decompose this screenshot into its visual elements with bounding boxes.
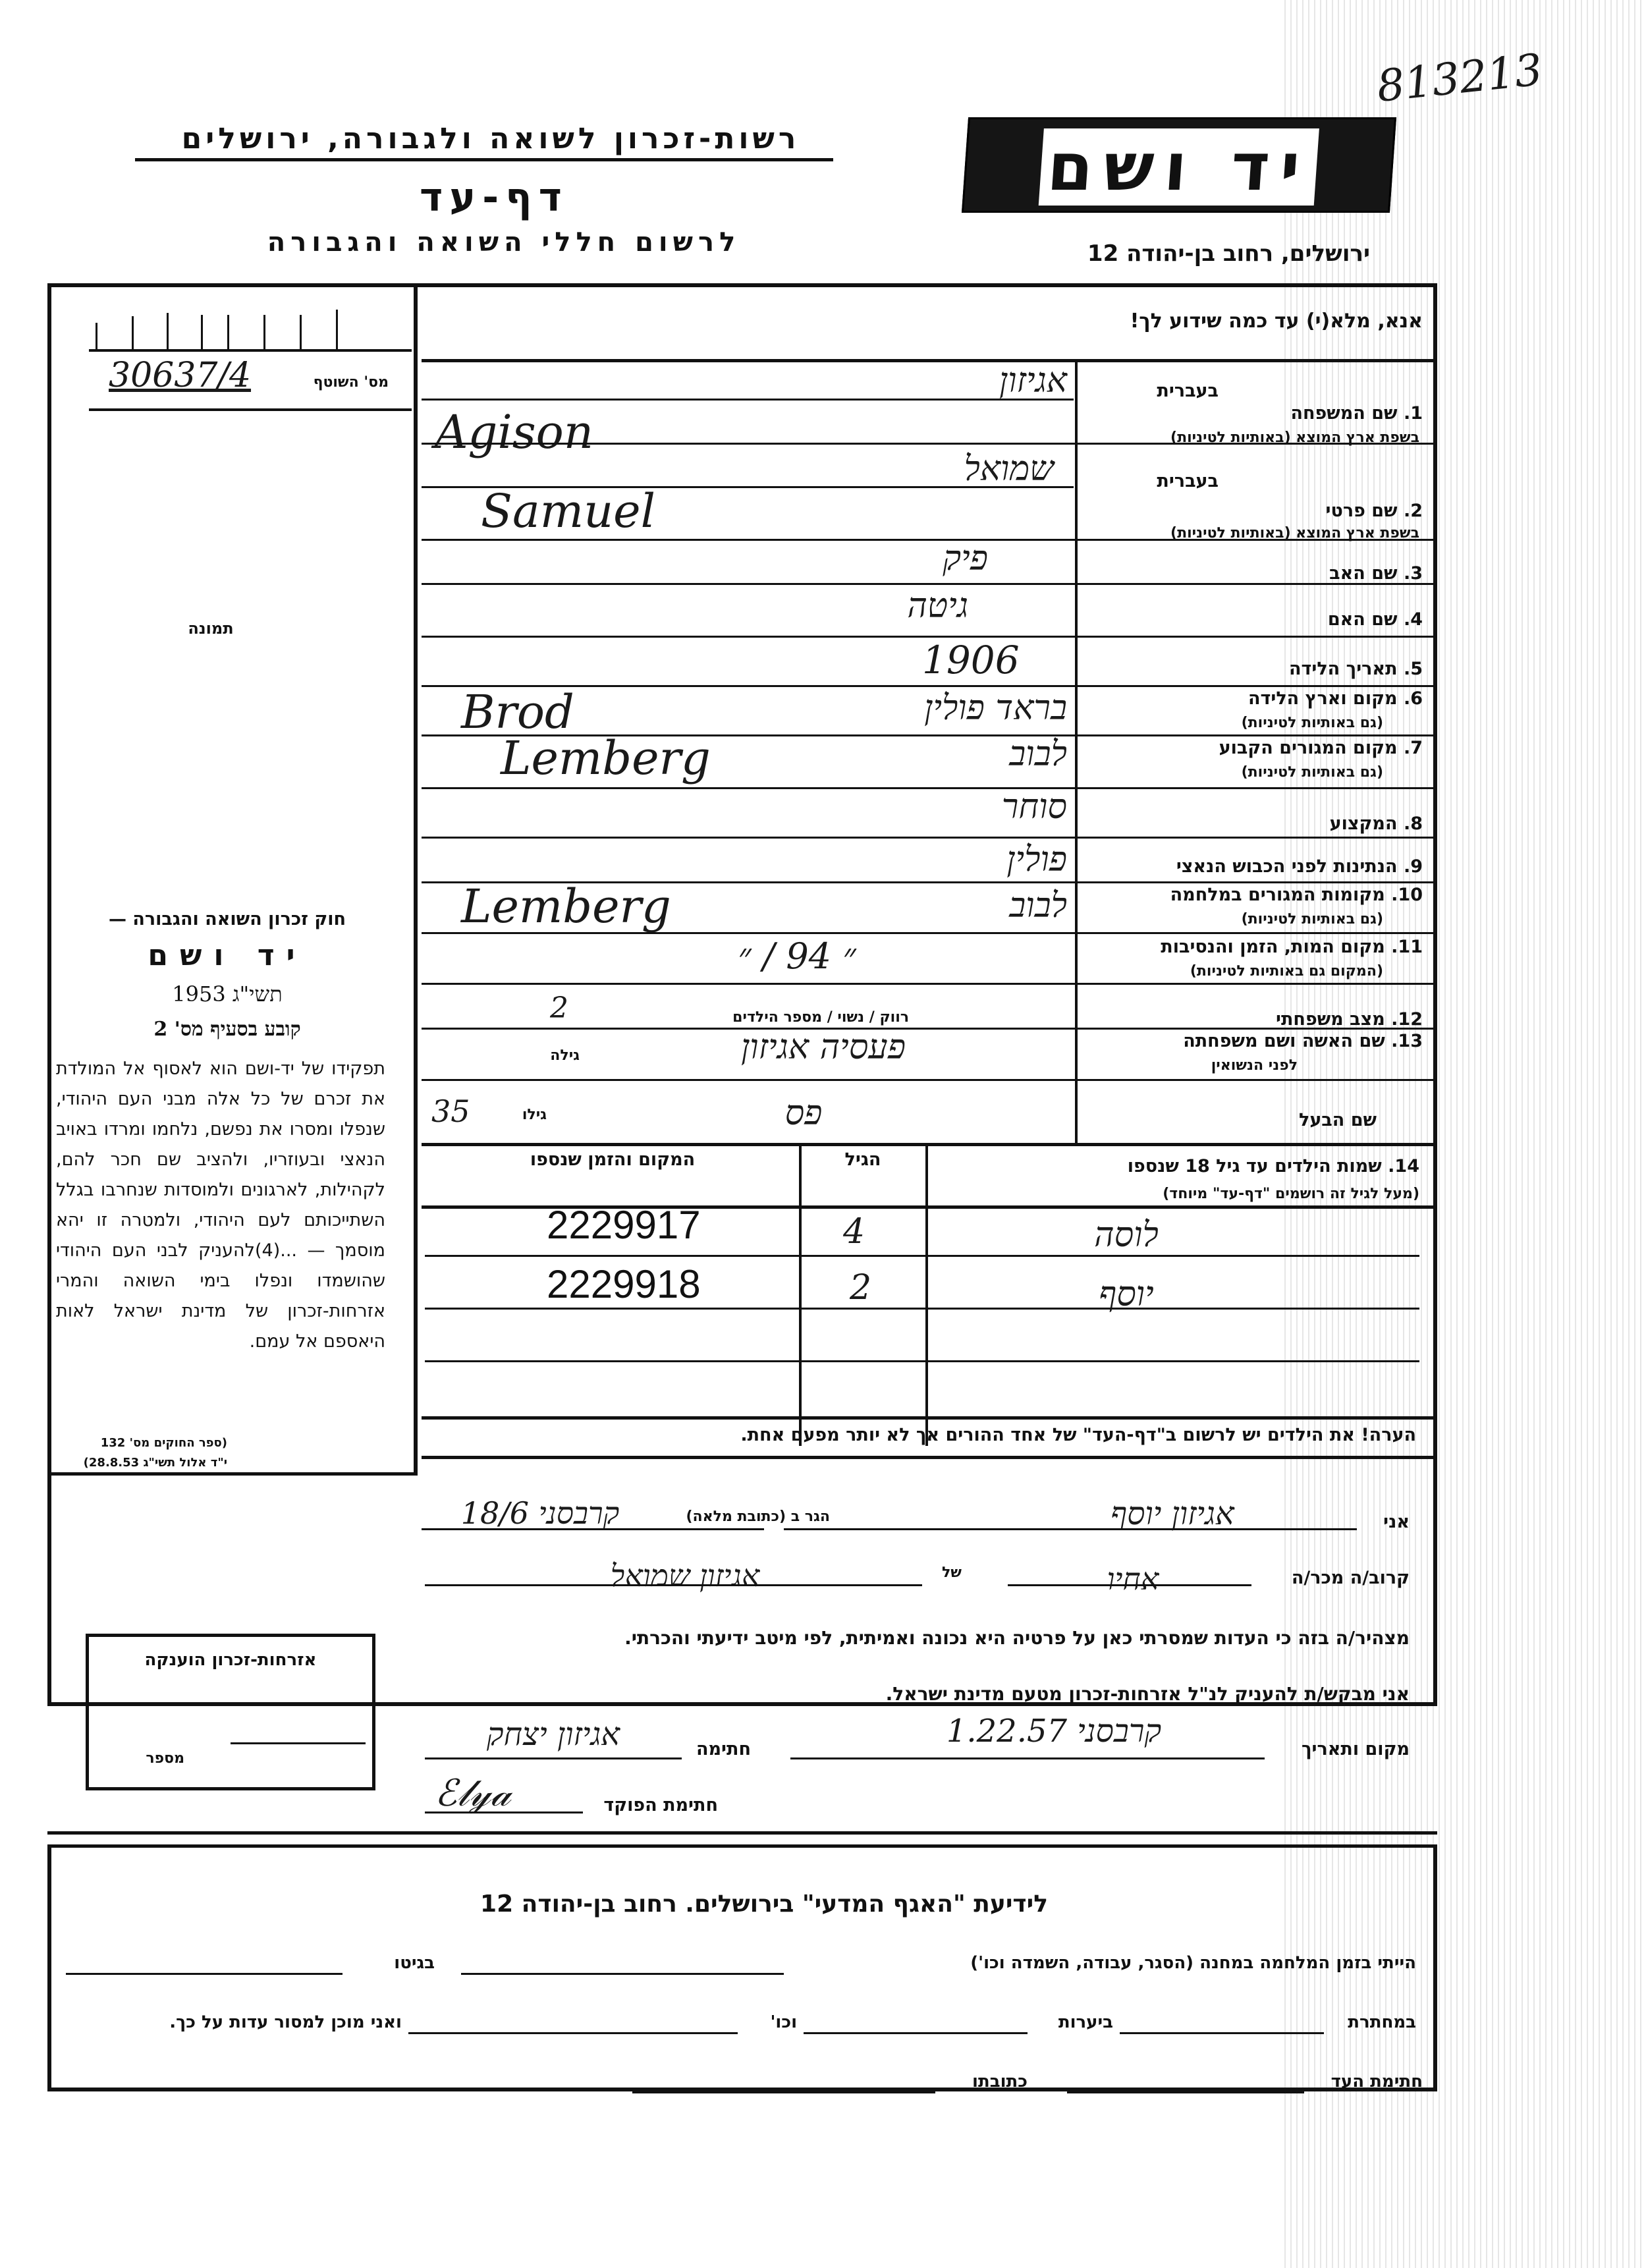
decl-request: אני מבקש/ת להעניק לנ"ל אזרחות-זכרון מטעם… xyxy=(659,1683,1410,1705)
field-9-value: פולין xyxy=(843,840,1067,879)
field-8-label: 8. המקצוע xyxy=(1087,814,1423,834)
field-10-value-hebrew: לבוב xyxy=(843,886,1067,926)
footer-forests-label: ביערות xyxy=(1041,2012,1113,2032)
child-2-place: 2229918 xyxy=(547,1261,701,1307)
field-1-value-hebrew: אגיזון xyxy=(823,361,1067,401)
field-5-value: 1906 xyxy=(922,638,1020,682)
decl-signature-label: חתימה xyxy=(685,1739,751,1759)
field-7-sublabel: (גם באותיות לטיניות) xyxy=(1080,764,1383,781)
field-11-label: 11. מקום המות, הזמן והנסיבות xyxy=(1087,937,1423,957)
decl-of-value: אגיזון שמואל xyxy=(461,1558,909,1593)
sidebar-divider xyxy=(414,283,418,1476)
serial-value: 30637/4 xyxy=(109,356,251,395)
child-1-age: 4 xyxy=(843,1212,865,1252)
header-address: ירושלים, רחוב בן-יהודה 12 xyxy=(962,240,1370,267)
field-1-value-latin: Agison xyxy=(435,405,593,459)
divider xyxy=(47,1472,418,1476)
field-13-sublabel: לפני הנשואין xyxy=(1080,1057,1298,1074)
children-sublabel: (מעל לגיל זה רושמים "דף-עד" מיוחד) xyxy=(935,1186,1419,1202)
law-title: חוק זכרון השואה והגבורה — xyxy=(66,909,389,929)
header-rule xyxy=(135,158,833,161)
footer-camp-label: הייתי בזמן המלחמה במחנה (הסגר, עבודה, הש… xyxy=(790,1953,1416,1973)
decl-residing-value: קרבסני 18/6 xyxy=(422,1495,659,1531)
child-2-age: 2 xyxy=(850,1268,871,1308)
field-6-label: 6. מקום וארץ הלידה xyxy=(1087,688,1423,709)
field-husband-age: 35 xyxy=(431,1093,470,1129)
page-subtitle: לרשום חללי השואה והגבורה xyxy=(217,227,790,258)
field-10-value-latin: Lemberg xyxy=(461,879,671,933)
divider xyxy=(422,1456,1436,1459)
field-4-label: 4. שם האם xyxy=(1087,609,1423,630)
field-12-label: 12. מצב משפחתי xyxy=(1087,1009,1423,1030)
decl-residing-label: הגר ב (כתובת מלאה) xyxy=(659,1508,830,1525)
field-3-label: 3. שם האב xyxy=(1087,563,1423,584)
child-1-place: 2229917 xyxy=(547,1202,701,1248)
law-year: תשי"ג 1953 xyxy=(66,982,389,1007)
field-10-sublabel: (גם באותיות לטיניות) xyxy=(1080,911,1383,927)
serial-label: מס' השוטף xyxy=(257,374,389,391)
intro-instruction: אנא, מלא(י) עד כמה שידוע לך! xyxy=(1028,310,1423,333)
footer-rule xyxy=(47,1831,1437,1835)
field-13-age-label: גילה xyxy=(527,1047,580,1064)
children-note: הערה! את הילדים יש לרשום ב"דף-העד" של אח… xyxy=(422,1425,1416,1445)
field-7-label: 7. מקום המגורים הקבוע xyxy=(1087,738,1423,758)
field-11-value: ״ 94 / ״ xyxy=(540,935,1054,977)
footer-forests-blank xyxy=(804,2032,1028,2034)
children-label: 14. שמות הילדים עד גיל 18 שנספו xyxy=(935,1156,1419,1176)
decl-relative-value: אחיו xyxy=(1021,1561,1245,1597)
field-2-value-hebrew: שמואל xyxy=(823,449,1054,489)
field-13-value: פעסיה אגיזון xyxy=(580,1028,1067,1067)
field-husband-value: פס xyxy=(725,1093,883,1133)
field-1-hebrew-tag: בעברית xyxy=(1087,381,1219,401)
organization-name: רשות-זכרון לשואה ולגבורה, ירושלים xyxy=(145,122,837,155)
field-13-label: 13. שם האשה ושם משפחתה xyxy=(1087,1031,1423,1051)
page-title: דף-עד xyxy=(369,175,619,221)
field-7-value-latin: Lemberg xyxy=(501,731,711,785)
footer-witness-signature-label: חתימת העד xyxy=(1317,2072,1423,2091)
law-name: יד ושם xyxy=(66,939,389,972)
decl-relative-label: קרוב/ה מכר/ה xyxy=(1251,1568,1410,1588)
field-5-label: 5. תאריך הלידה xyxy=(1087,659,1423,679)
photo-label: תמונה xyxy=(171,619,250,638)
field-2-value-latin: Samuel xyxy=(481,484,655,538)
field-6-sublabel: (גם באותיות לטיניות) xyxy=(1080,715,1383,731)
field-9-label: 9. הנתינות לפני הכבוש הנאצי xyxy=(1087,856,1423,877)
decl-of-label: של xyxy=(929,1564,962,1581)
child-1-name: לוסה xyxy=(1028,1215,1225,1255)
law-text: תפקידו של יד-ושם הוא לאסוף אל המולדת את … xyxy=(56,1054,385,1357)
decl-i-label: אני xyxy=(1370,1512,1410,1532)
decl-officer-signature-label: חתימת הפוקד xyxy=(593,1795,718,1815)
footer-title: לידיעת "האגף המדעי" בירושלים. רחוב בן-יה… xyxy=(428,1891,1100,1918)
field-husband-label: שם הבעל xyxy=(1087,1110,1377,1130)
citizenship-stamp-box: אזרחות-זכרון הוענקה מספר xyxy=(86,1634,375,1790)
decl-officer-signature: ℰ𝓁𝓎𝒶 xyxy=(435,1772,511,1815)
field-3-value: פיק xyxy=(790,539,988,578)
field-2-label: 2. שם פרטי xyxy=(1087,501,1423,521)
children-col-age: הגיל xyxy=(810,1149,916,1170)
footer-ghetto-label: בגיטו xyxy=(356,1953,435,1973)
field-7-value-hebrew: לבוב xyxy=(843,734,1067,774)
decl-statement: מצהיר/ה בזה כי העדות שמסרתי כאן על פרטיה… xyxy=(422,1627,1410,1649)
field-2-hebrew-tag: בעברית xyxy=(1087,471,1219,491)
footer-address-label: כתובתו xyxy=(948,2072,1028,2091)
decl-place-date-value: קרבסני 1.22.57 xyxy=(856,1713,1251,1750)
field-12-children-count: 2 xyxy=(550,991,568,1025)
decl-i-value: אגיזון יוסף xyxy=(988,1495,1357,1532)
decl-signature-value: אגיזון יצחק xyxy=(428,1716,678,1753)
divider xyxy=(89,408,412,411)
footer-underground-label: במחתרת xyxy=(1324,2012,1416,2032)
field-12-options: רווק / נשוי / מספר הילדים xyxy=(593,1009,909,1026)
yad-vashem-logo: יד ושם xyxy=(962,117,1396,213)
citizenship-box-number-label: מספר xyxy=(105,1750,184,1767)
law-clause: קובע בסעיף מס' 2 xyxy=(66,1018,389,1041)
field-husband-age-label: גילו xyxy=(501,1107,547,1123)
field-4-value: גיטה xyxy=(757,586,968,626)
field-11-sublabel: (המקום גם באותיות לטיניות) xyxy=(1080,963,1383,980)
children-col-place: המקום והזמן שנספו xyxy=(435,1149,790,1170)
law-reference-2: י"ד אלול תשי"ג 28.8.53) xyxy=(56,1456,227,1470)
law-reference-1: (ספר החוקים מס' 132 xyxy=(56,1436,227,1450)
decl-place-date-label: מקום ותאריך xyxy=(1284,1739,1410,1759)
field-1-label: 1. שם המשפחה xyxy=(1087,403,1423,424)
field-8-value: סוחר xyxy=(843,787,1067,827)
footer-ready-to-testify: ואני מוכן למסור עדות על כך. xyxy=(53,2012,402,2032)
field-6-value-hebrew: בראד פולין xyxy=(777,688,1067,728)
footer-etc-label: וכו' xyxy=(751,2012,797,2032)
field-10-label: 10. מקומות המגורים במלחמה xyxy=(1087,885,1423,905)
citizenship-box-title: אזרחות-זכרון הוענקה xyxy=(102,1650,359,1670)
